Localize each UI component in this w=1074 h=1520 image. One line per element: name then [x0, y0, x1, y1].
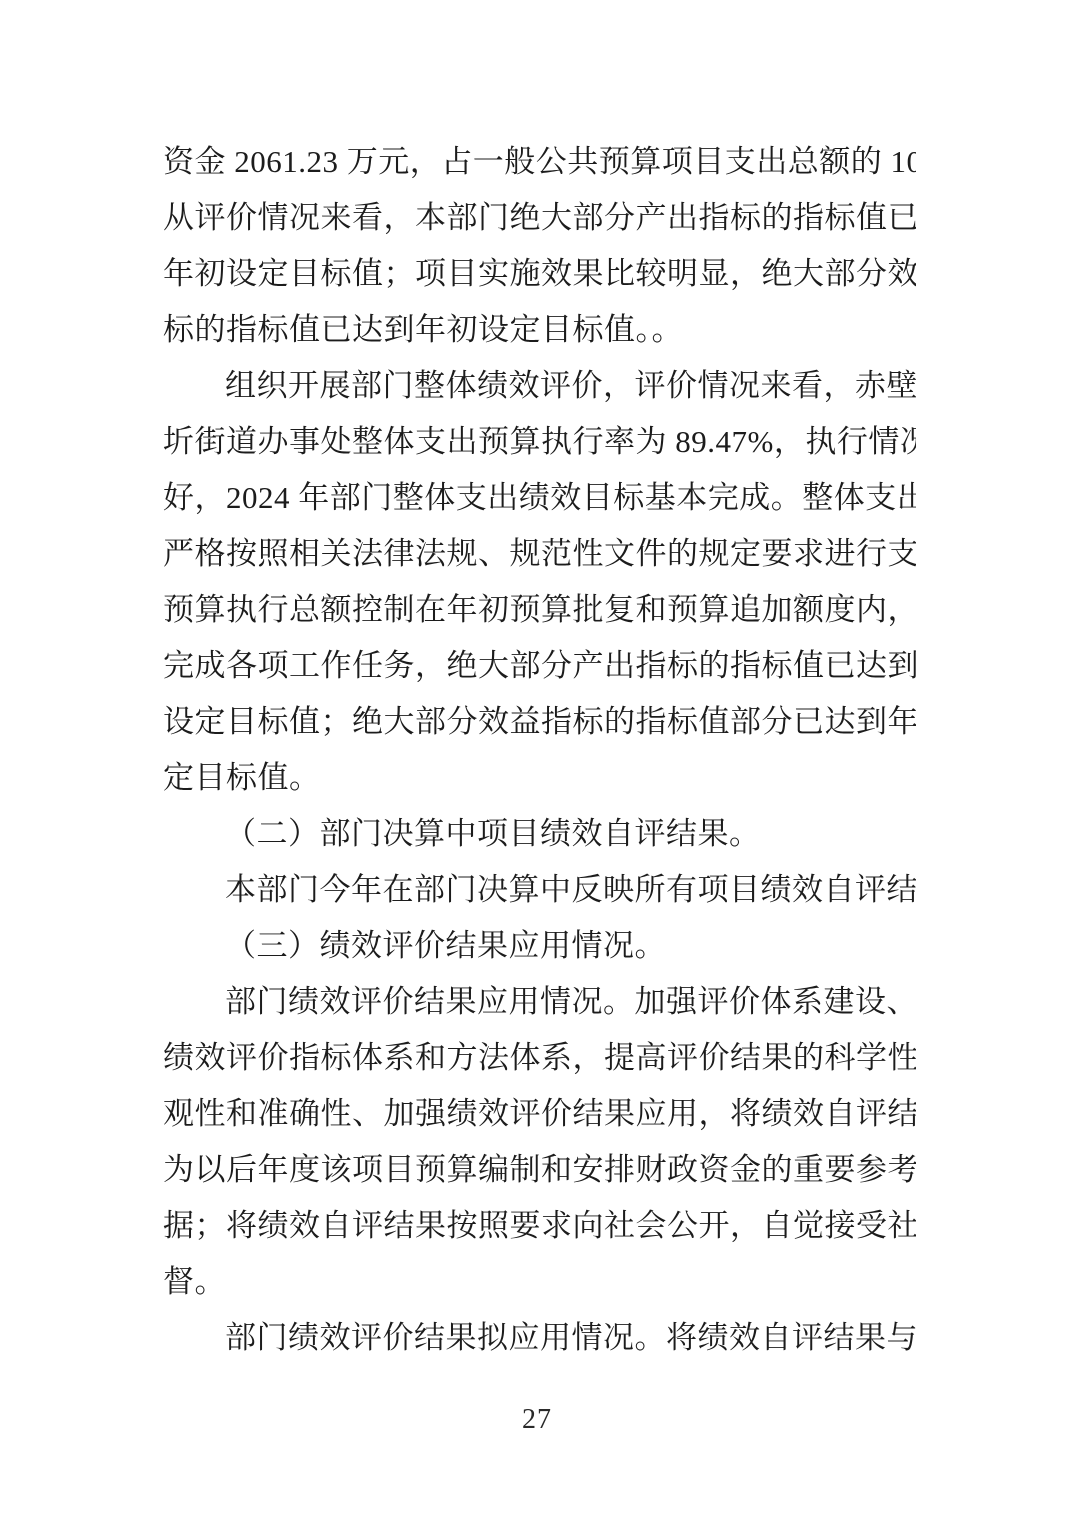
- text-line: 观性和准确性、加强绩效评价结果应用，将绩效自评结果作: [163, 1086, 916, 1142]
- section-heading: （三）绩效评价结果应用情况。: [163, 918, 916, 974]
- text-line: 绩效评价指标体系和方法体系，提高评价结果的科学性、客: [163, 1030, 916, 1086]
- document-page: 资金 2061.23 万元，占一般公共预算项目支出总额的 100%。从评价情况来…: [0, 0, 1074, 1520]
- text-line: 从评价情况来看，本部门绝大部分产出指标的指标值已达到: [163, 190, 916, 246]
- text-line: 部门绩效评价结果拟应用情况。将绩效自评结果与 2024: [163, 1310, 916, 1366]
- text-line: 好，2024 年部门整体支出绩效目标基本完成。整体支出资金: [163, 470, 916, 526]
- text-line: 预算执行总额控制在年初预算批复和预算追加额度内，圆满: [163, 582, 916, 638]
- text-line: 本部门今年在部门决算中反映所有项目绩效自评结果。: [163, 862, 916, 918]
- text-line: 据；将绩效自评结果按照要求向社会公开，自觉接受社会监: [163, 1198, 916, 1254]
- paragraph: 部门绩效评价结果应用情况。加强评价体系建设、完善绩效评价指标体系和方法体系，提高…: [163, 974, 916, 1310]
- text-line: 定目标值。: [163, 750, 916, 806]
- section-heading: （二）部门决算中项目绩效自评结果。: [163, 806, 916, 862]
- text-line: （二）部门决算中项目绩效自评结果。: [163, 806, 916, 862]
- text-line: 督。: [163, 1254, 916, 1310]
- text-line: 组织开展部门整体绩效评价，评价情况来看，赤壁市蒲: [163, 358, 916, 414]
- paragraph: 组织开展部门整体绩效评价，评价情况来看，赤壁市蒲圻街道办事处整体支出预算执行率为…: [163, 358, 916, 806]
- paragraph: 部门绩效评价结果拟应用情况。将绩效自评结果与 2024: [163, 1310, 916, 1366]
- paragraph: 资金 2061.23 万元，占一般公共预算项目支出总额的 100%。从评价情况来…: [163, 134, 916, 358]
- text-line: 部门绩效评价结果应用情况。加强评价体系建设、完善: [163, 974, 916, 1030]
- text-line: 年初设定目标值；项目实施效果比较明显，绝大部分效益指: [163, 246, 916, 302]
- text-line: 完成各项工作任务，绝大部分产出指标的指标值已达到年初: [163, 638, 916, 694]
- text-line: 标的指标值已达到年初设定目标值。。: [163, 302, 916, 358]
- text-line: 严格按照相关法律法规、规范性文件的规定要求进行支出，: [163, 526, 916, 582]
- text-line: 圻街道办事处整体支出预算执行率为 89.47%，执行情况良: [163, 414, 916, 470]
- text-line: 设定目标值；绝大部分效益指标的指标值部分已达到年初设: [163, 694, 916, 750]
- paragraph: 本部门今年在部门决算中反映所有项目绩效自评结果。: [163, 862, 916, 918]
- document-content: 资金 2061.23 万元，占一般公共预算项目支出总额的 100%。从评价情况来…: [163, 134, 916, 1366]
- text-line: 为以后年度该项目预算编制和安排财政资金的重要参考依: [163, 1142, 916, 1198]
- text-line: （三）绩效评价结果应用情况。: [163, 918, 916, 974]
- page-number: 27: [0, 1404, 1074, 1436]
- text-line: 资金 2061.23 万元，占一般公共预算项目支出总额的 100%。: [163, 134, 916, 190]
